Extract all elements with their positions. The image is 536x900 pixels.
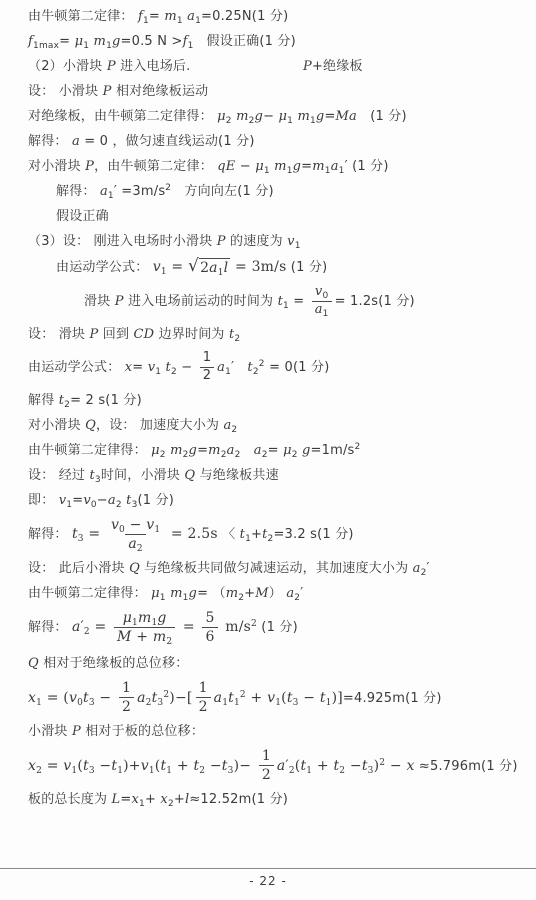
line-assume-t3: 设： 经过 t3时间，小滑块 Q 与绝缘板共速 [28, 467, 518, 484]
line-assume-decelerate: 设： 此后小滑块 Q 与绝缘板共同做匀减速运动，其加速度大小为 a2′ [28, 560, 518, 577]
document-body: 由牛顿第二定律： f1= m1 a1=0.25N(1 分)f1max= μ1 m… [28, 8, 518, 816]
line-q-displacement-label: Q 相对于绝缘板的总位移： [28, 655, 518, 672]
line-text: 由牛顿第二定律得： μ2 m2g=m2a2 a2= μ2 g=1m/s2 [28, 443, 360, 458]
footer-divider [0, 868, 536, 869]
line-section-2: （2）小滑块 P 进入电场后.P+绝缘板 [28, 58, 518, 75]
line-text: 由牛顿第二定律得： μ1 m1g= （m2+M） a2′ [28, 586, 303, 601]
line-text: 由牛顿第二定律： f1= m1 a1=0.25N(1 分) [28, 9, 288, 24]
line-f1max-check: f1max= μ1 m1g=0.5 N >f1 假设正确(1 分) [28, 33, 518, 50]
line-assumption-correct: 假设正确 [28, 208, 518, 225]
line-time-t1: 滑块 P 进入电场前运动的时间为 t1 = v0a1= 1.2s(1 分) [28, 285, 518, 318]
page-number: - 22 - [0, 874, 536, 888]
line-assume-t2: 设： 滑块 P 回到 CD 边界时间为 t2 [28, 326, 518, 343]
line-newton-a2prime: 由牛顿第二定律得： μ1 m1g= （m2+M） a2′ [28, 585, 518, 602]
line-text: 对小滑块 P，由牛顿第二定律： qE − μ1 m1g=m1a1′ (1 分) [28, 159, 389, 174]
line-text: f1max= μ1 m1g=0.5 N >f1 假设正确(1 分) [28, 34, 296, 49]
line-text: 由运动学公式： v1 = √2a1l = 3m/s (1 分) [56, 260, 327, 275]
line-solve-t2: 解得 t2= 2 s(1 分) [28, 392, 518, 409]
line-x1-equation: x1 = (v0t3 − 12a2t32)−[12a1t12 + v1(t3 −… [28, 680, 518, 715]
line-common-speed: 即： v1=v0−a2 t3(1 分) [28, 492, 518, 509]
line-text: 解得 t2= 2 s(1 分) [28, 393, 142, 408]
line-text: 即： v1=v0−a2 t3(1 分) [28, 493, 174, 508]
line-text: 设： 此后小滑块 Q 与绝缘板共同做匀减速运动，其加速度大小为 a2′ [28, 561, 430, 576]
line-section-3: （3）设： 刚进入电场时小滑块 P 的速度为 v1 [28, 233, 518, 250]
line-solve-a2prime: 解得： a′2 = μ1m1gM + m2 = 56 m/s2 (1 分) [28, 610, 518, 645]
line-text: 解得： t3 = v0 − v1a2 = 2.5s 〈 t1+t2=3.2 s(… [28, 527, 354, 542]
line-solve-a0: 解得： a = 0 ，做匀速直线运动(1 分) [28, 133, 518, 150]
line-text: 由运动学公式： x= v1 t2 − 12a1′ t22 = 0(1 分) [28, 360, 330, 375]
line-text: 设： 经过 t3时间，小滑块 Q 与绝缘板共速 [28, 468, 279, 483]
line-board-newton: 对绝缘板，由牛顿第二定律得： μ2 m2g− μ1 m1g=Ma (1 分) [28, 108, 518, 125]
line-text: 解得： a1′ =3m/s2 方向向左(1 分) [56, 184, 274, 199]
line-kinematics-v1: 由运动学公式： v1 = √2a1l = 3m/s (1 分) [28, 258, 518, 277]
line-solve-a1prime: 解得： a1′ =3m/s2 方向向左(1 分) [28, 183, 518, 200]
line-text: （2）小滑块 P 进入电场后. [28, 59, 190, 74]
line-solve-t3: 解得： t3 = v0 − v1a2 = 2.5s 〈 t1+t2=3.2 s(… [28, 517, 518, 552]
line-kinematics-x: 由运动学公式： x= v1 t2 − 12a1′ t22 = 0(1 分) [28, 351, 518, 384]
line-q-accel: 对小滑块 Q，设： 加速度大小为 a2 [28, 417, 518, 434]
line-newton-law-f1: 由牛顿第二定律： f1= m1 a1=0.25N(1 分) [28, 8, 518, 25]
line-text: 解得： a′2 = μ1m1gM + m2 = 56 m/s2 (1 分) [28, 620, 298, 635]
line-assume-p-slides: 设： 小滑块 P 相对绝缘板运动 [28, 83, 518, 100]
line-text: 设： 滑块 P 回到 CD 边界时间为 t2 [28, 327, 240, 342]
side-label: P+绝缘板 [303, 58, 363, 75]
doc-lines: 由牛顿第二定律： f1= m1 a1=0.25N(1 分)f1max= μ1 m… [28, 8, 518, 808]
line-text: x1 = (v0t3 − 12a2t32)−[12a1t12 + v1(t3 −… [28, 691, 442, 706]
line-text: 设： 小滑块 P 相对绝缘板运动 [28, 84, 208, 99]
line-x2-equation: x2 = v1(t3 −t1)+v1(t1 + t2 −t3)− 12a′2(t… [28, 748, 518, 783]
line-text: （3）设： 刚进入电场时小滑块 P 的速度为 v1 [28, 234, 301, 249]
line-text: 对小滑块 Q，设： 加速度大小为 a2 [28, 418, 237, 433]
line-text: 对绝缘板，由牛顿第二定律得： μ2 m2g− μ1 m1g=Ma (1 分) [28, 109, 407, 124]
line-p-displacement-label: 小滑块 P 相对于板的总位移： [28, 723, 518, 740]
line-q-newton: 由牛顿第二定律得： μ2 m2g=m2a2 a2= μ2 g=1m/s2 [28, 442, 518, 459]
line-text: 解得： a = 0 ，做匀速直线运动(1 分) [28, 134, 255, 149]
line-text: Q 相对于绝缘板的总位移： [28, 656, 188, 671]
line-text: 假设正确 [56, 209, 109, 224]
line-p-newton: 对小滑块 P，由牛顿第二定律： qE − μ1 m1g=m1a1′ (1 分) [28, 158, 518, 175]
line-total-length: 板的总长度为 L=x1+ x2+l≈12.52m(1 分) [28, 791, 518, 808]
line-text: 滑块 P 进入电场前运动的时间为 t1 = v0a1= 1.2s(1 分) [84, 294, 415, 309]
line-text: 板的总长度为 L=x1+ x2+l≈12.52m(1 分) [28, 792, 288, 807]
line-text: 小滑块 P 相对于板的总位移： [28, 724, 204, 739]
document-page: 由牛顿第二定律： f1= m1 a1=0.25N(1 分)f1max= μ1 m… [0, 0, 536, 900]
line-text: x2 = v1(t3 −t1)+v1(t1 + t2 −t3)− 12a′2(t… [28, 759, 518, 774]
